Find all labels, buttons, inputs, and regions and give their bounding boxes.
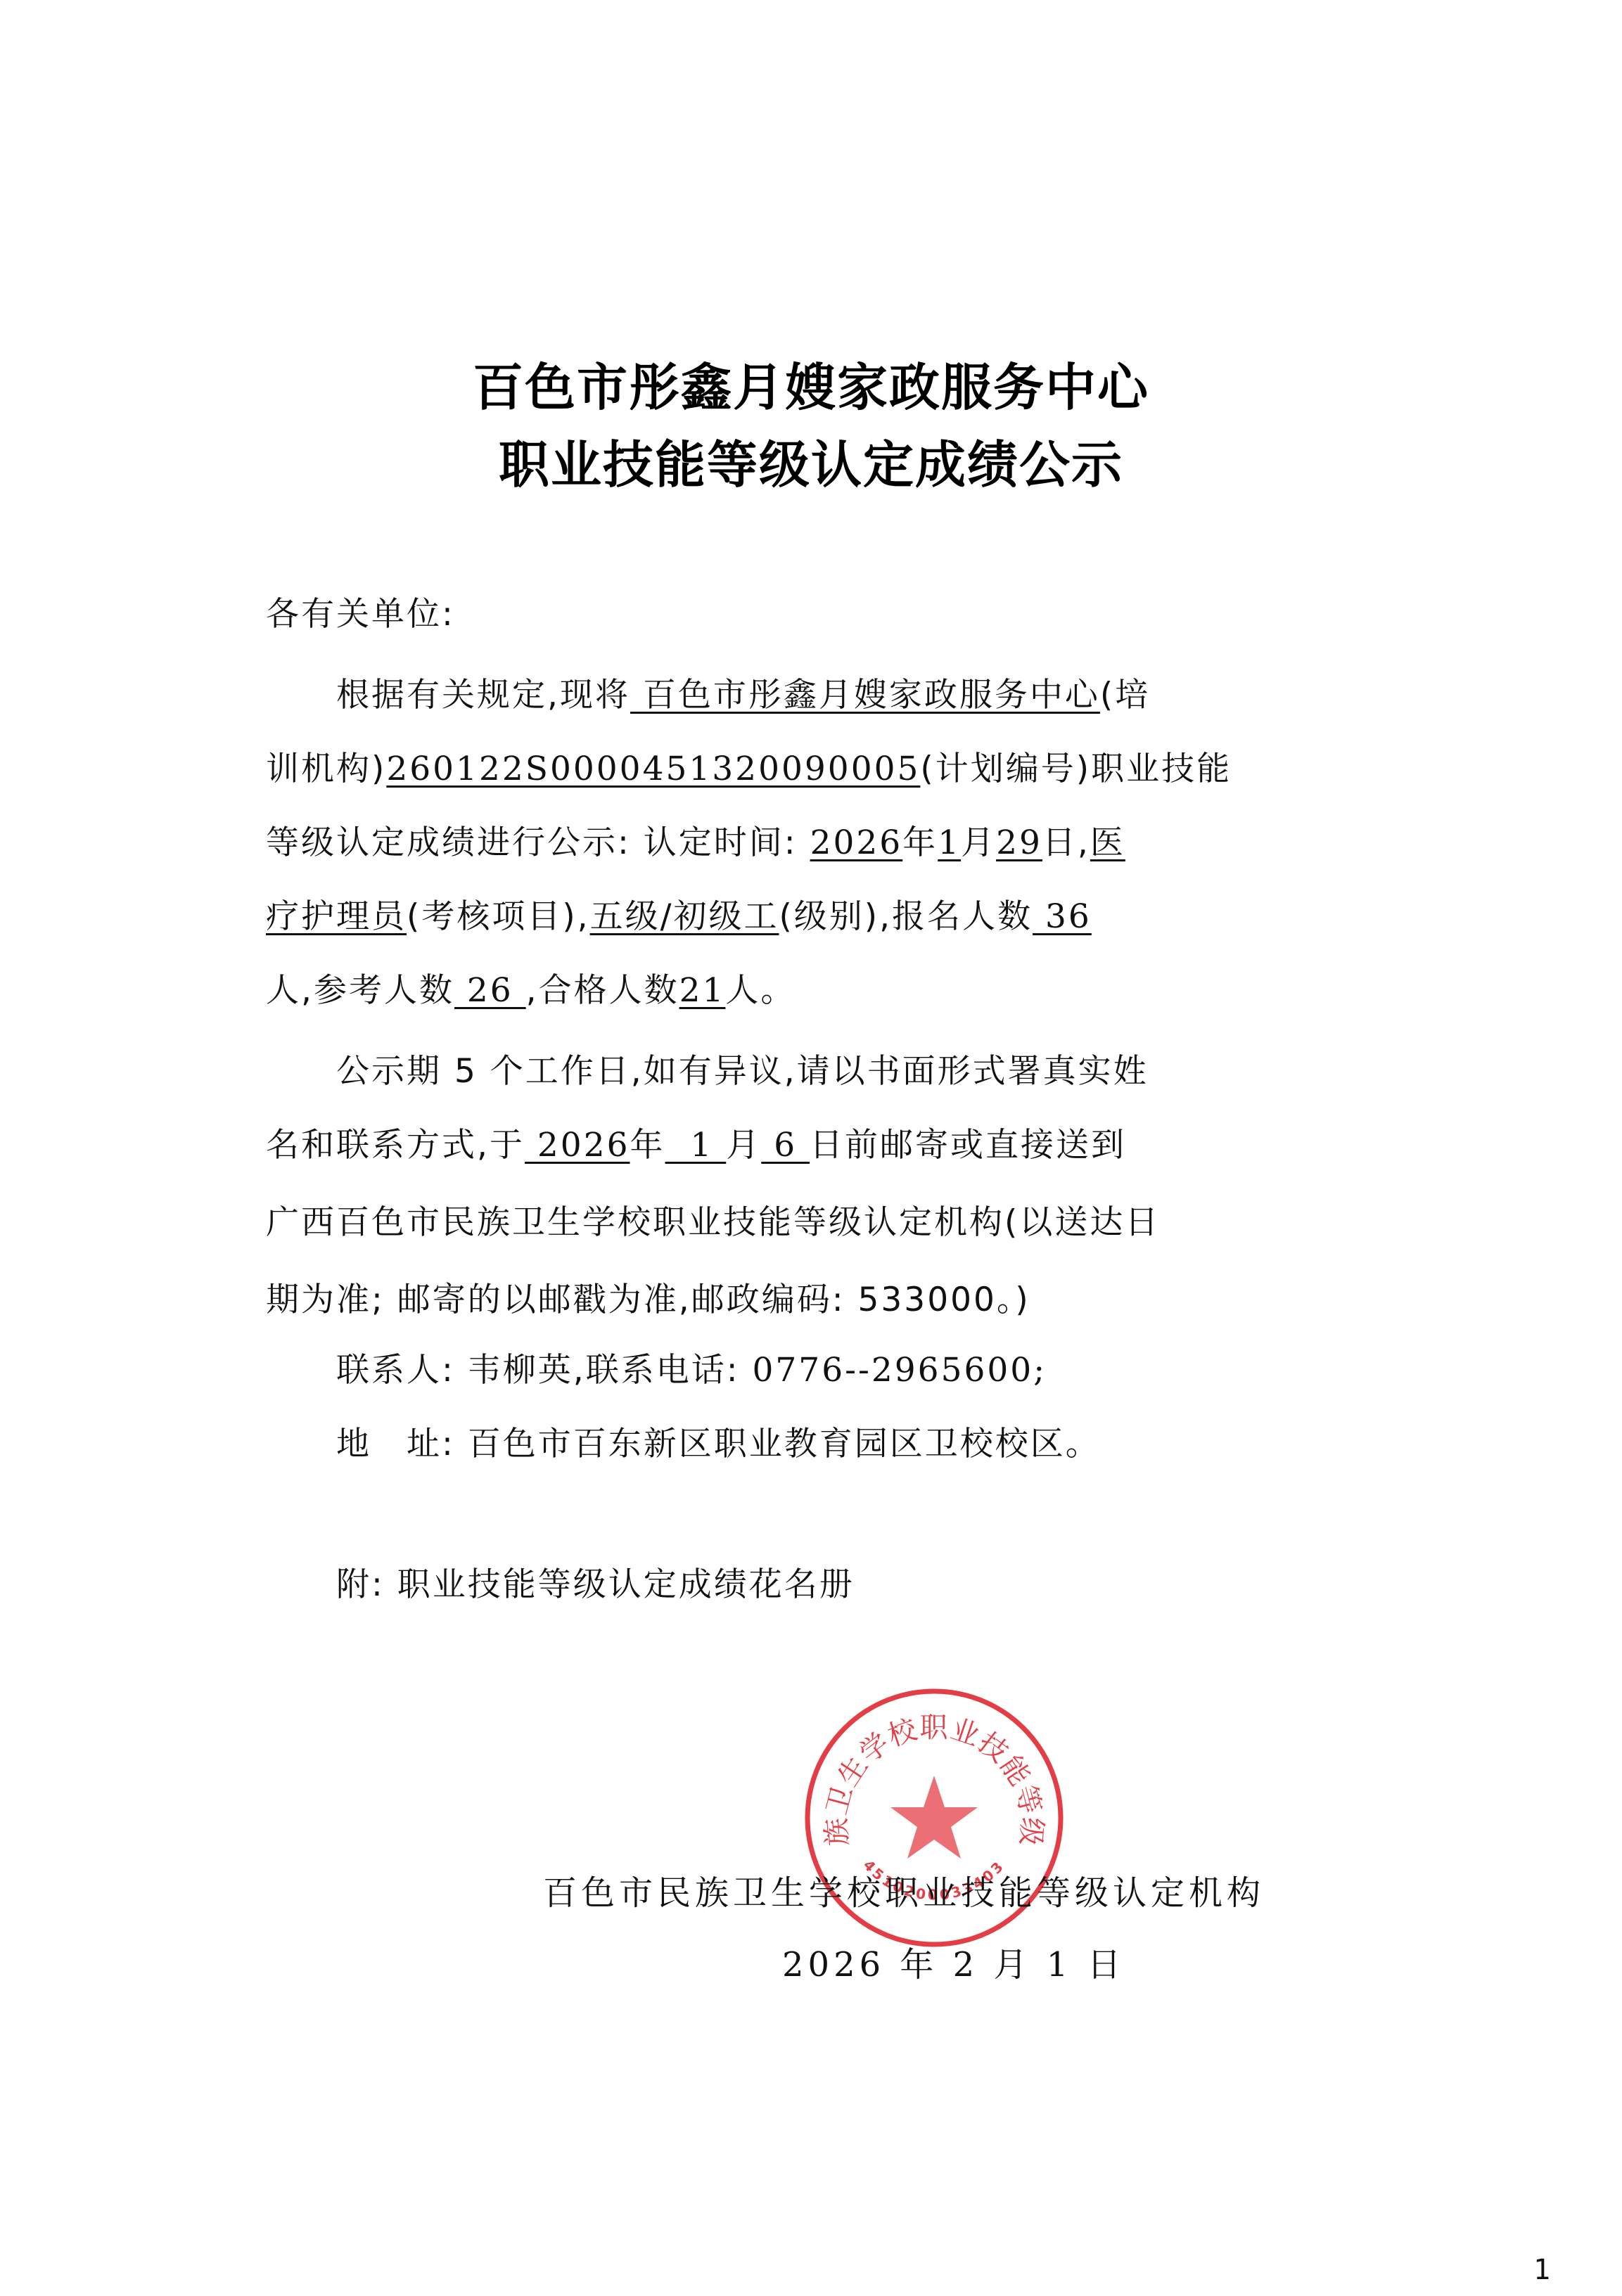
training-org: 百色市彤鑫月嫂家政服务中心 <box>630 676 1100 714</box>
exam-year: 2026 <box>810 823 903 862</box>
para2-l2-suffix: 日前邮寄或直接送到 <box>810 1126 1126 1165</box>
para1-line5: 人,参考人数 26 ,合格人数21人。 <box>266 974 796 1007</box>
para2-line2: 名和联系方式,于 2026年 1 月 6 日前邮寄或直接送到 <box>266 1129 1126 1162</box>
deadline-year: 2026 <box>525 1126 630 1165</box>
contact-label: 联系人: 韦柳英,联系电话: <box>336 1351 753 1390</box>
address-label: 地 址: <box>336 1425 468 1463</box>
contact-phone: 0776--2965600; <box>753 1351 1047 1390</box>
salutation: 各有关单位: <box>266 598 455 631</box>
registered-count: 36 <box>1033 897 1092 936</box>
para2-line1: 公示期 5 个工作日,如有异议,请以书面形式署真实姓 <box>336 1055 1149 1088</box>
para1-line1: 根据有关规定,现将 百色市彤鑫月嫂家政服务中心(培 <box>336 679 1150 712</box>
para1-l1-prefix: 根据有关规定,现将 <box>336 676 630 714</box>
address-value: 百色市百东新区职业教育园区卫校校区。 <box>468 1425 1101 1463</box>
para1-line3: 等级认定成绩进行公示: 认定时间: 2026年1月29日,医 <box>266 826 1125 859</box>
day-label: 日, <box>1042 823 1090 862</box>
deadline-year-label: 年 <box>630 1126 665 1165</box>
level: 五级/初级工 <box>590 897 779 936</box>
address-line: 地 址: 百色市百东新区职业教育园区卫校校区。 <box>336 1428 1101 1461</box>
month-label: 月 <box>961 823 996 862</box>
attachment-note: 附: 职业技能等级认定成绩花名册 <box>336 1568 855 1601</box>
star-icon <box>890 1776 978 1859</box>
para1-l4-suffix: (级别),报名人数 <box>779 897 1033 936</box>
para2-line4: 期为准; 邮寄的以邮戳为准,邮政编码: 533000。) <box>266 1283 1030 1316</box>
page-number: 1 <box>1533 2254 1550 2286</box>
para2-l2-prefix: 名和联系方式,于 <box>266 1126 525 1165</box>
year-label: 年 <box>902 823 938 862</box>
para2-line3: 广西百色市民族卫生学校职业技能等级认定机构(以送达日 <box>266 1206 1160 1239</box>
contact-line: 联系人: 韦柳英,联系电话: 0776--2965600; <box>336 1354 1047 1387</box>
deadline-month-label: 月 <box>726 1126 761 1165</box>
participants-count: 26 <box>454 971 526 1010</box>
para1-l2-suffix: (计划编号)职业技能 <box>920 750 1232 788</box>
para1-l5-mid: ,合格人数 <box>526 971 679 1010</box>
signature-date: 2026 年 2 月 1 日 <box>782 1948 1125 1982</box>
para1-l2-prefix: 训机构) <box>266 750 386 788</box>
exam-day: 29 <box>996 823 1042 862</box>
document-page: 百色市彤鑫月嫂家政服务中心 职业技能等级认定成绩公示 各有关单位: 根据有关规定… <box>0 0 1622 2296</box>
project-part2: 疗护理员 <box>266 897 407 936</box>
project-part1: 医 <box>1090 823 1125 862</box>
title-line-1: 百色市彤鑫月嫂家政服务中心 <box>0 362 1622 413</box>
para1-l4-mid: (考核项目), <box>407 897 590 936</box>
para1-line2: 训机构)260122S0000451320090005(计划编号)职业技能 <box>266 752 1232 785</box>
exam-month: 1 <box>938 823 961 862</box>
title-line-2: 职业技能等级认定成绩公示 <box>0 440 1622 490</box>
para1-l3-prefix: 等级认定成绩进行公示: 认定时间: <box>266 823 810 862</box>
passed-count: 21 <box>679 971 726 1010</box>
para1-line4: 疗护理员(考核项目),五级/初级工(级别),报名人数 36 <box>266 900 1092 933</box>
para1-l5-suffix: 人。 <box>725 971 796 1010</box>
deadline-day: 6 <box>761 1126 810 1165</box>
plan-number: 260122S0000451320090005 <box>386 750 920 788</box>
signature-organization: 百色市民族卫生学校职业技能等级认定机构 <box>543 1876 1265 1910</box>
para1-l5-prefix: 人,参考人数 <box>266 971 454 1010</box>
deadline-month: 1 <box>665 1126 727 1165</box>
para1-l1-suffix: (培 <box>1100 676 1150 714</box>
